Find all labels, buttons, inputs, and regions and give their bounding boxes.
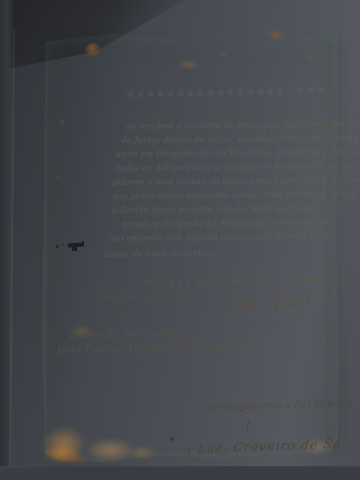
stain — [177, 59, 201, 70]
body-line: cupar do novo occurrido. — [104, 248, 215, 259]
ink-speck — [170, 437, 174, 441]
ink-blot-mark — [56, 241, 86, 253]
stain — [85, 43, 102, 60]
stain — [128, 446, 156, 459]
body-line: o Sertão fação incertos e mais. Nota se … — [112, 203, 315, 215]
stain — [54, 174, 63, 180]
stain — [58, 118, 66, 125]
stain — [219, 51, 228, 57]
letter-scan-photo: se recebeo o Governo de Bragança Aspis e… — [0, 0, 360, 480]
ghost-text-line — [298, 87, 324, 92]
stain — [304, 54, 315, 61]
stain — [57, 453, 89, 464]
stain — [266, 29, 286, 41]
